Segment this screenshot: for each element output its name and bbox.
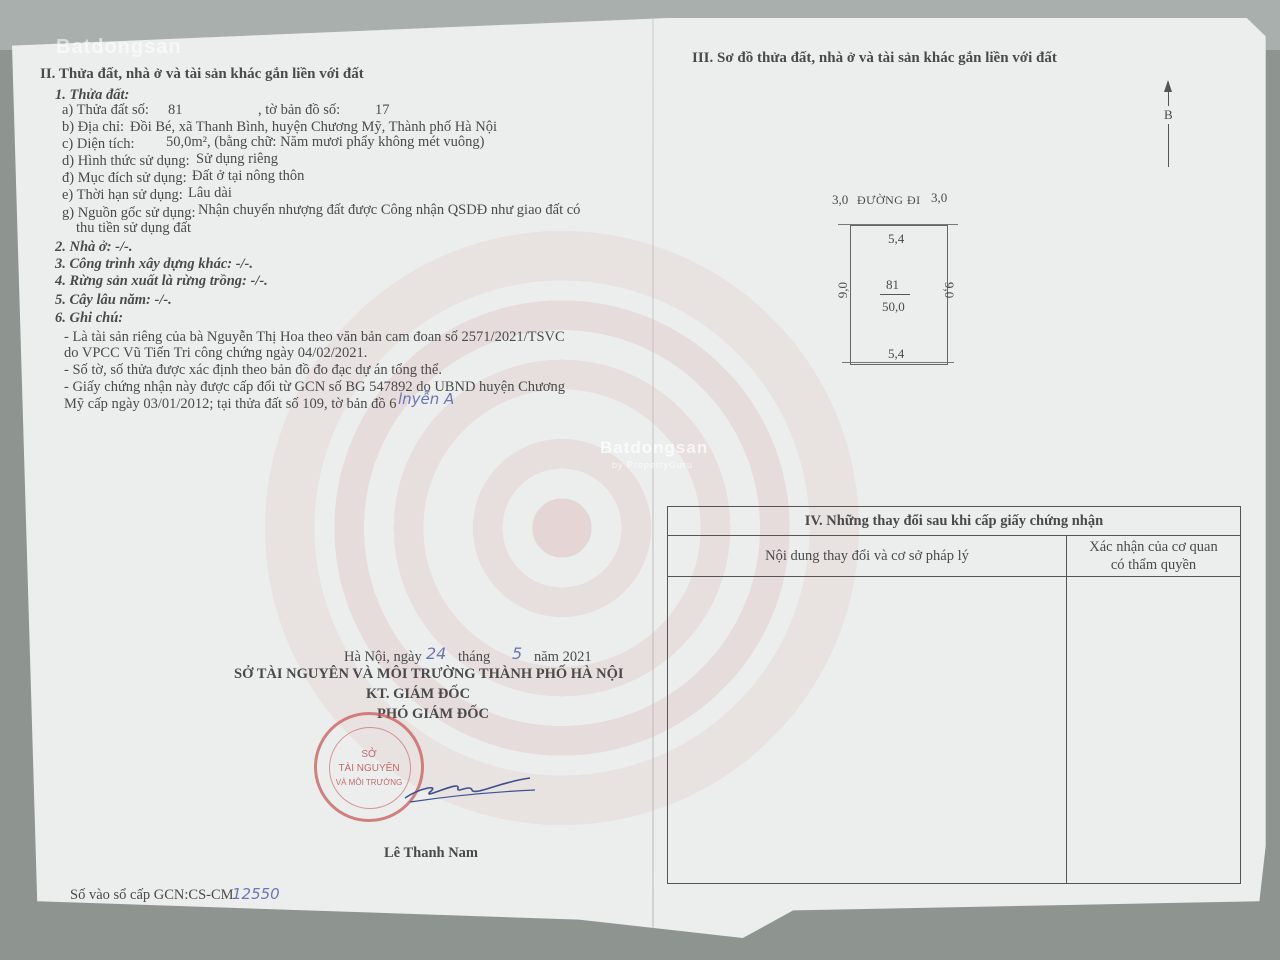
other-works-item: 3. Công trình xây dựng khác: -/-. (55, 255, 253, 273)
use-form-label: d) Hình thức sử dụng: (62, 152, 190, 170)
registry-number: 12550 (232, 885, 280, 903)
address-label: b) Địa chỉ: (62, 118, 124, 136)
area-label: c) Diện tích: (62, 135, 134, 153)
section4-title: IV. Những thay đổi sau khi cấp giấy chứn… (805, 513, 1103, 530)
watermark-center: Batdongsan (600, 438, 708, 458)
origin-value-line1: Nhận chuyển nhượng đất được Công nhận QS… (198, 201, 580, 219)
section3-title: III. Sơ đồ thửa đất, nhà ở và tài sản kh… (692, 50, 1057, 67)
purpose-value: Đất ở tại nông thôn (192, 167, 304, 185)
parcel-label: a) Thửa đất số: (62, 101, 149, 119)
registry-label: Số vào sổ cấp GCN:CS-CM (70, 886, 234, 904)
forest-item: 4. Rừng sản xuất là rừng trồng: -/-. (55, 272, 268, 290)
right-edge-length: 9,0 (940, 282, 958, 298)
term-value: Lâu dài (188, 184, 232, 202)
fraction-line (880, 294, 910, 295)
diagram-parcel-number: 81 (886, 276, 899, 294)
use-form-value: Sử dụng riêng (196, 150, 278, 168)
seal-line-1: SỞ (317, 749, 421, 761)
road-label: ĐƯỜNG ĐI (857, 191, 921, 209)
term-label: e) Thời hạn sử dụng: (62, 186, 183, 204)
note-line-4: - Giấy chứng nhận này được cấp đổi từ GC… (64, 378, 565, 396)
north-label: B (1164, 106, 1173, 124)
top-edge-length: 5,4 (888, 230, 904, 248)
changes-table: IV. Những thay đổi sau khi cấp giấy chứn… (667, 506, 1241, 884)
house-item: 2. Nhà ở: -/-. (55, 238, 132, 256)
map-sheet-label: , tờ bản đồ số: (258, 101, 340, 119)
note-line-5: Mỹ cấp ngày 03/01/2012; tại thửa đất số … (64, 395, 396, 413)
note-line-2: do VPCC Vũ Tiến Tri công chứng ngày 04/0… (64, 344, 367, 362)
date-day: 24 (426, 645, 446, 663)
bottom-edge-length: 5,4 (888, 345, 904, 363)
road-width-left: 3,0 (832, 191, 848, 209)
perennial-item: 5. Cây lâu năm: -/-. (55, 291, 172, 309)
origin-value-line2: thu tiền sử dụng đất (76, 219, 191, 237)
on-behalf-title: KT. GIÁM ĐỐC (366, 686, 470, 703)
area-value: 50,0m², (bằng chữ: Năm mươi phẩy không m… (166, 133, 485, 151)
column-header-content: Nội dung thay đổi và cơ sở pháp lý (765, 547, 969, 565)
column-header-confirmation-line2: có thẩm quyền (1111, 556, 1196, 574)
place-date-prefix: Hà Nội, ngày (344, 648, 422, 666)
parcel-number: 81 (168, 101, 183, 119)
column-header-confirmation-line1: Xác nhận của cơ quan (1089, 538, 1217, 556)
signature-stroke (400, 770, 540, 810)
table-header-row: Nội dung thay đổi và cơ sở pháp lý Xác n… (668, 536, 1240, 577)
year-label: năm 2021 (534, 648, 592, 666)
date-month: 5 (512, 645, 522, 663)
north-arrow-icon (1168, 82, 1169, 167)
diagram-parcel-area: 50,0 (882, 298, 905, 316)
handwritten-initials: lnyễn A (398, 390, 454, 408)
month-label: tháng (458, 648, 490, 666)
section2-title: II. Thửa đất, nhà ở và tài sản khác gắn … (40, 66, 364, 83)
purpose-label: đ) Mục đích sử dụng: (62, 169, 187, 187)
left-edge-length: 9,0 (834, 282, 852, 298)
column-divider (1066, 536, 1067, 883)
issuing-agency: SỞ TÀI NGUYÊN VÀ MÔI TRƯỜNG THÀNH PHỐ HÀ… (234, 666, 624, 683)
road-width-right: 3,0 (931, 189, 947, 207)
watermark-top-left: Batdongsan (56, 36, 182, 59)
watermark-center-sub: by PropertyGuru (612, 460, 693, 470)
signer-name: Lê Thanh Nam (384, 845, 478, 862)
notes-heading: 6. Ghi chú: (55, 309, 123, 327)
note-line-3: - Số tờ, số thửa được xác định theo bản … (64, 361, 442, 379)
map-sheet-number: 17 (375, 101, 390, 119)
